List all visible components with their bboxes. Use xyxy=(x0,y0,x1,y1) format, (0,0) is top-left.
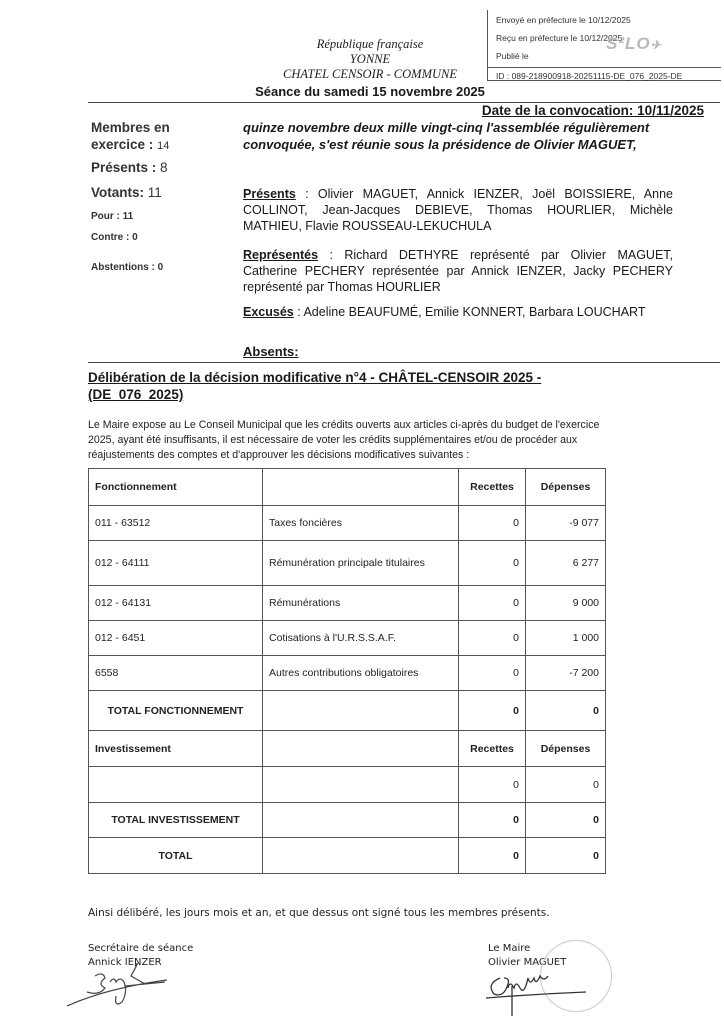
recettes-cell: 0 xyxy=(459,541,526,586)
table-row: 00 xyxy=(89,767,606,803)
stamp-received: Reçu en préfecture le 10/12/2025 xyxy=(496,33,622,43)
fonctionnement-total-row: TOTAL FONCTIONNEMENT00 xyxy=(89,691,606,731)
depenses-header: Dépenses xyxy=(526,469,606,506)
label-cell: Autres contributions obligatoires xyxy=(263,656,459,691)
convocation-date: Date de la convocation: 10/11/2025 xyxy=(482,103,704,118)
label-cell xyxy=(263,767,459,803)
table-row: 012 - 64111Rémunération principale titul… xyxy=(89,541,606,586)
secretary-signature xyxy=(65,958,185,1018)
plane-icon: ✈ xyxy=(651,38,662,52)
represented-members: Représentés : Richard DETHYRE représenté… xyxy=(243,247,673,295)
present-members: Présents : Olivier MAGUET, Annick IENZER… xyxy=(243,186,673,234)
recettes-cell: 0 xyxy=(459,767,526,803)
blank-header-cell xyxy=(263,469,459,506)
depenses-header: Dépenses xyxy=(526,731,606,767)
excused-members: Excusés : Adeline BEAUFUMÉ, Emilie KONNE… xyxy=(243,304,673,320)
voters-stat: Votants: 11 xyxy=(91,185,162,200)
section-header-cell: Investissement xyxy=(89,731,263,767)
label-cell: Cotisations à l'U.R.S.S.A.F. xyxy=(263,621,459,656)
table-row: 6558Autres contributions obligatoires0-7… xyxy=(89,656,606,691)
blank-cell xyxy=(263,691,459,731)
blank-header-cell xyxy=(263,731,459,767)
recettes-cell: 0 xyxy=(459,803,526,838)
closing-statement: Ainsi délibéré, les jours mois et an, et… xyxy=(88,907,550,919)
recettes-cell: 0 xyxy=(459,506,526,541)
session-intro: quinze novembre deux mille vingt-cinq l'… xyxy=(243,120,673,153)
depenses-cell: -9 077 xyxy=(526,506,606,541)
blank-cell xyxy=(263,803,459,838)
total-label-cell: TOTAL xyxy=(89,838,263,874)
members-stat: Membres en exercice : 14 xyxy=(91,119,170,155)
stamp-id: ID : 089-218900918-20251115-DE_076_2025-… xyxy=(488,67,721,81)
deliberation-title: Délibération de la décision modificative… xyxy=(88,369,628,403)
depenses-cell: 1 000 xyxy=(526,621,606,656)
recettes-cell: 0 xyxy=(459,838,526,874)
recettes-cell: 0 xyxy=(459,586,526,621)
abstentions-stat: Abstentions : 0 xyxy=(91,262,163,273)
code-cell: 6558 xyxy=(89,656,263,691)
label-cell: Rémunérations xyxy=(263,586,459,621)
depenses-cell: 0 xyxy=(526,691,606,731)
prefecture-stamp: Envoyé en préfecture le 10/12/2025 Reçu … xyxy=(487,10,721,81)
depenses-cell: 6 277 xyxy=(526,541,606,586)
against-stat: Contre : 0 xyxy=(91,232,138,243)
investissement-header-row: InvestissementRecettesDépenses xyxy=(89,731,606,767)
department-label: YONNE xyxy=(230,52,510,67)
recettes-cell: 0 xyxy=(459,656,526,691)
code-cell: 012 - 64111 xyxy=(89,541,263,586)
code-cell xyxy=(89,767,263,803)
recettes-header: Recettes xyxy=(459,469,526,506)
total-label-cell: TOTAL INVESTISSEMENT xyxy=(89,803,263,838)
attendance-divider xyxy=(88,362,720,363)
depenses-cell: 0 xyxy=(526,767,606,803)
grand-total-row: TOTAL00 xyxy=(89,838,606,874)
investissement-total-row: TOTAL INVESTISSEMENT00 xyxy=(89,803,606,838)
present-stat: Présents : 8 xyxy=(91,160,168,175)
label-cell: Rémunération principale titulaires xyxy=(263,541,459,586)
table-row: 012 - 64131Rémunérations09 000 xyxy=(89,586,606,621)
depenses-cell: 0 xyxy=(526,803,606,838)
code-cell: 011 - 63512 xyxy=(89,506,263,541)
for-stat: Pour : 11 xyxy=(91,211,133,222)
mayor-signature xyxy=(482,968,592,1018)
deliberation-paragraph: Le Maire expose au Le Conseil Municipal … xyxy=(88,418,613,463)
depenses-cell: 9 000 xyxy=(526,586,606,621)
s2lo-logo: S²LO✈ xyxy=(606,34,662,54)
code-cell: 012 - 6451 xyxy=(89,621,263,656)
absent-members: Absents: xyxy=(243,344,299,359)
table-row: 012 - 6451Cotisations à l'U.R.S.S.A.F.01… xyxy=(89,621,606,656)
session-title: Séance du samedi 15 novembre 2025 xyxy=(230,84,510,99)
depenses-cell: 0 xyxy=(526,838,606,874)
blank-cell xyxy=(263,838,459,874)
republic-label: République française xyxy=(230,37,510,52)
recettes-header: Recettes xyxy=(459,731,526,767)
table-row: 011 - 63512Taxes foncières0-9 077 xyxy=(89,506,606,541)
section-header-cell: Fonctionnement xyxy=(89,469,263,506)
stamp-sent: Envoyé en préfecture le 10/12/2025 xyxy=(496,15,631,25)
fonctionnement-header-row: FonctionnementRecettesDépenses xyxy=(89,469,606,506)
commune-label: CHATEL CENSOIR - COMMUNE xyxy=(230,67,510,82)
label-cell: Taxes foncières xyxy=(263,506,459,541)
budget-table: FonctionnementRecettesDépenses011 - 6351… xyxy=(88,468,606,874)
code-cell: 012 - 64131 xyxy=(89,586,263,621)
recettes-cell: 0 xyxy=(459,621,526,656)
depenses-cell: -7 200 xyxy=(526,656,606,691)
total-label-cell: TOTAL FONCTIONNEMENT xyxy=(89,691,263,731)
recettes-cell: 0 xyxy=(459,691,526,731)
